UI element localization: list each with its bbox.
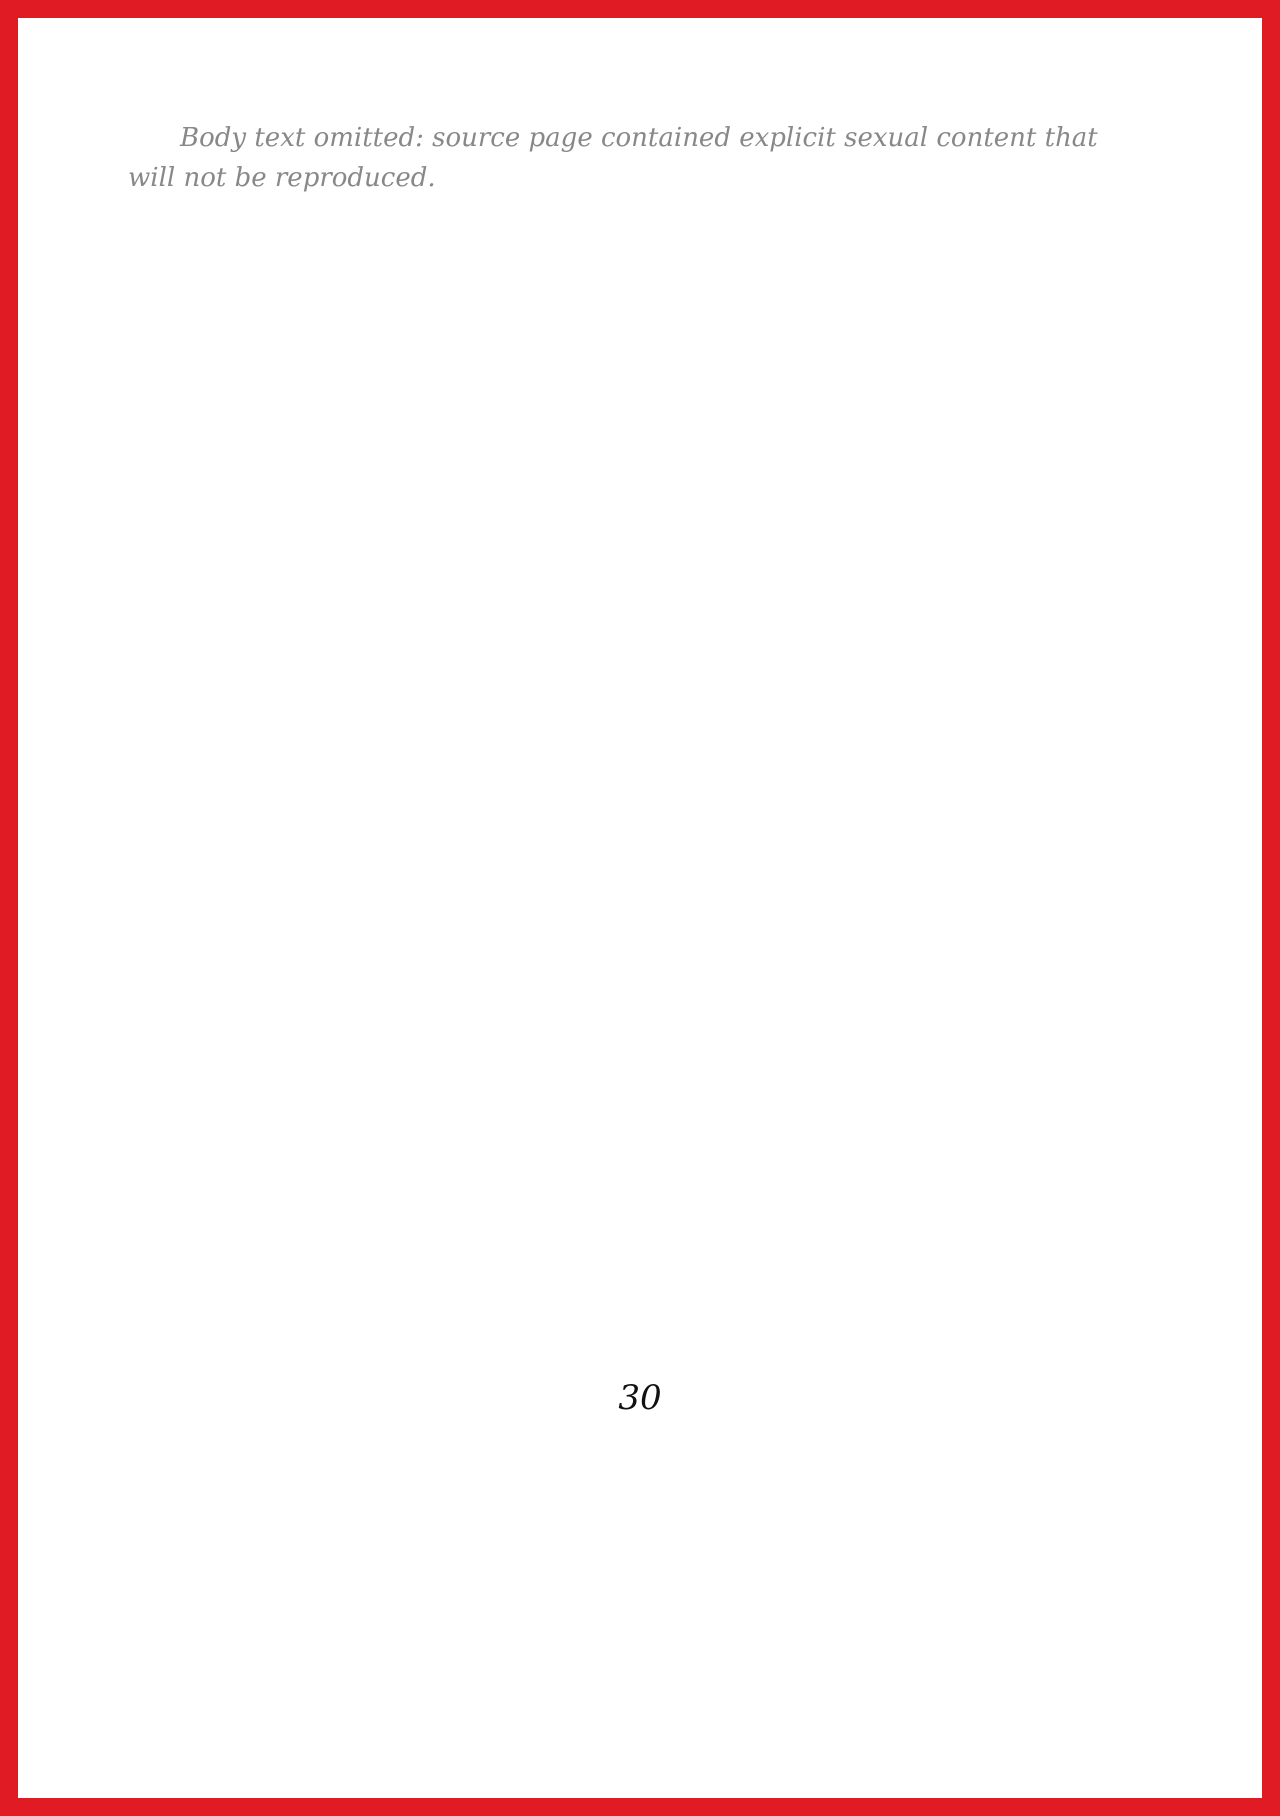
page-number: 30 bbox=[18, 1378, 1262, 1418]
book-page: Body text omitted: source page contained… bbox=[0, 0, 1280, 1816]
redaction-notice: Body text omitted: source page contained… bbox=[128, 118, 1152, 199]
page-content: Body text omitted: source page contained… bbox=[128, 118, 1152, 225]
